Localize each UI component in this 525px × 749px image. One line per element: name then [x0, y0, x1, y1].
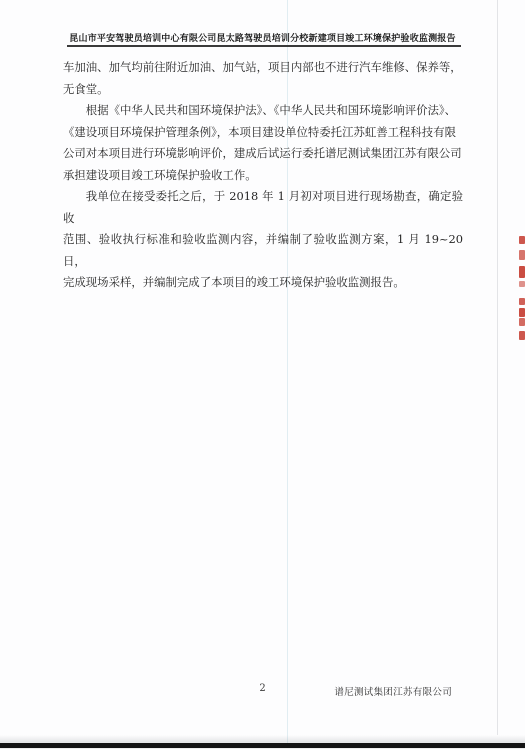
footer-company-name: 谱尼测试集团江苏有限公司 [334, 684, 452, 698]
paragraph-1: 车加油、加气均前往附近加油、加气站，项目内部也不进行汽车维修、保养等， 无食堂。 [63, 57, 463, 100]
document-page: 昆山市平安驾驶员培训中心有限公司昆太路驾驶员培训分校新建项目竣工环境保护验收监测… [0, 0, 525, 749]
page-header-title: 昆山市平安驾驶员培训中心有限公司昆太路驾驶员培训分校新建项目竣工环境保护验收监测… [63, 31, 462, 44]
stamp-fragment-8 [519, 331, 525, 340]
page-edge-line [497, 0, 498, 735]
stamp-fragment-2 [519, 250, 525, 260]
paragraph-2: 根据《中华人民共和国环境保护法》、《中华人民共和国环境影响评价法》、 《建设项目… [63, 100, 463, 186]
header-underline [67, 45, 461, 47]
stamp-fragment-5 [519, 298, 525, 305]
stamp-fragment-7 [519, 318, 525, 326]
stamp-fragment-1 [519, 236, 525, 244]
stamp-fragment-6 [519, 308, 525, 317]
stamp-fragment-4 [519, 281, 525, 287]
stamp-fragment-3 [519, 266, 525, 278]
scan-shadow [0, 735, 525, 743]
paragraph-3: 我单位在接受委托之后，于 2018 年 1 月初对项目进行现场勘查，确定验收 范… [63, 186, 463, 294]
red-stamp-fragments [517, 0, 525, 749]
body-text: 车加油、加气均前往附近加油、加气站，项目内部也不进行汽车维修、保养等， 无食堂。… [63, 57, 463, 294]
